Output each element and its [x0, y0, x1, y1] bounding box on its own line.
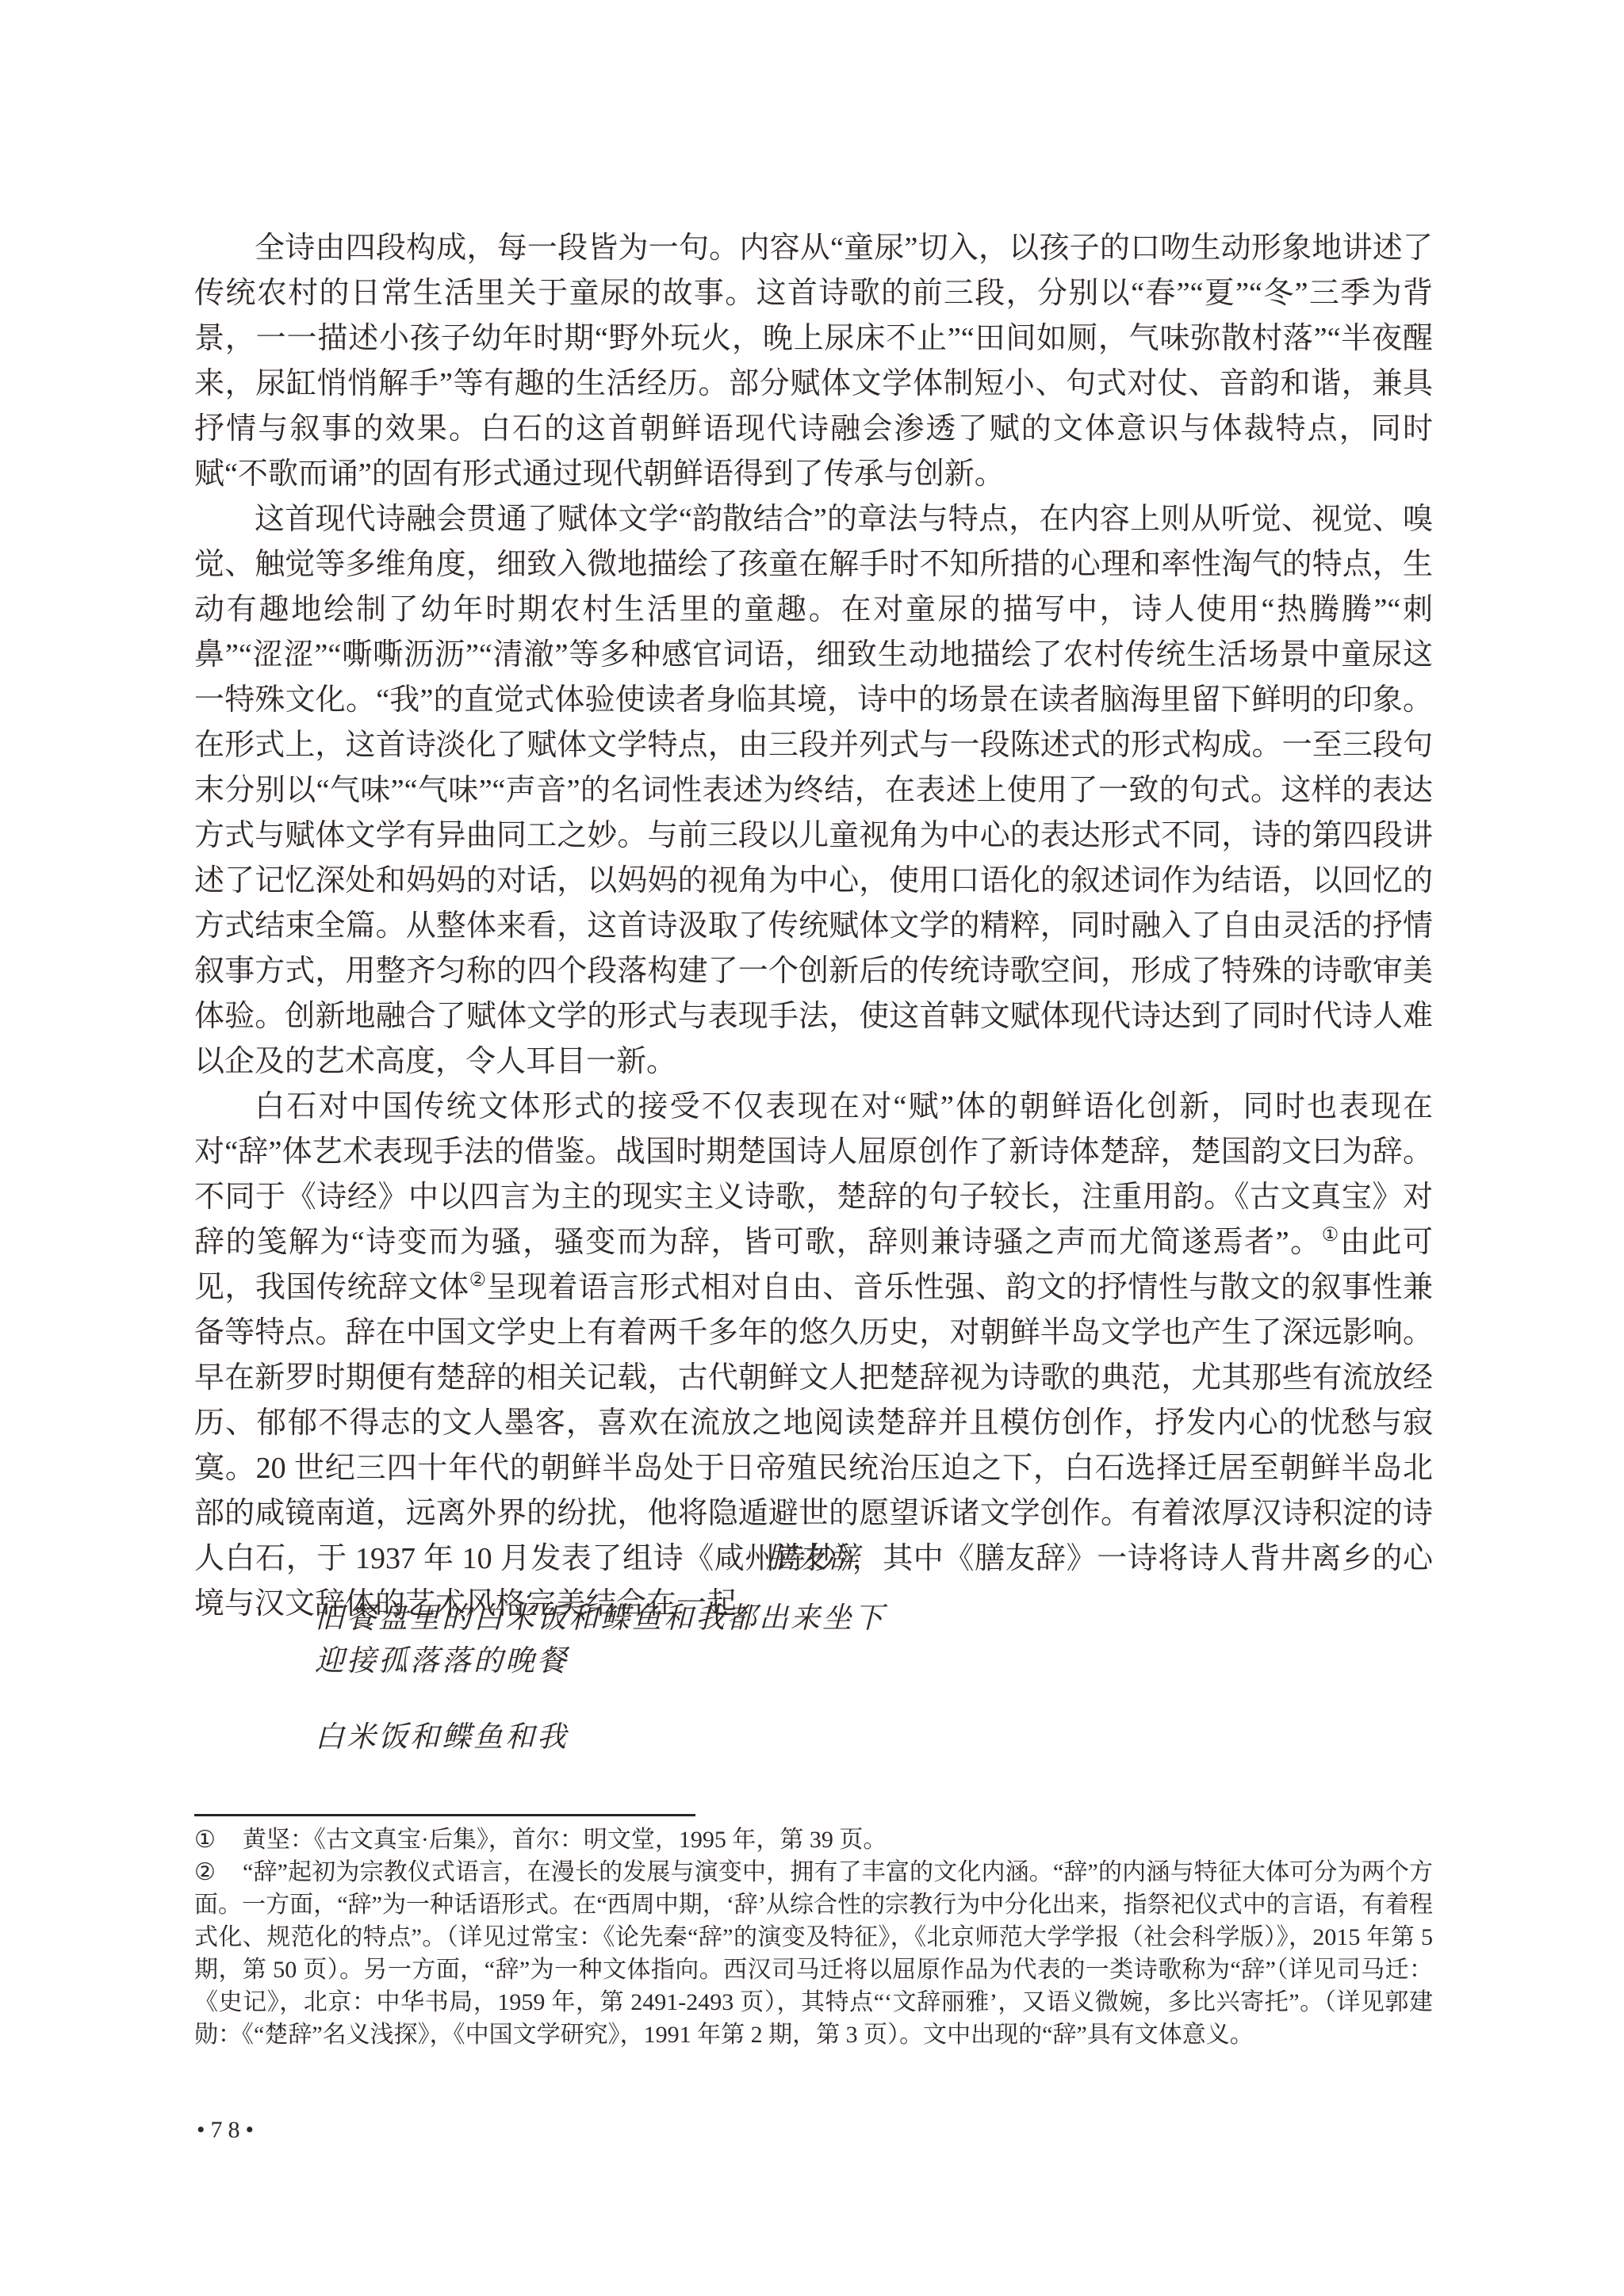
poem-line: 迎接孤落落的晚餐 [194, 1640, 1433, 1683]
footnote-ref-2: ② [469, 1270, 487, 1291]
poem-line: 白米饭和鲽鱼和我 [194, 1716, 1433, 1759]
footnote-separator-rule [194, 1814, 695, 1816]
footnotes-block: ①黄坚：《古文真宝·后集》，首尔：明文堂，1995 年，第 39 页。 ②“辞”… [194, 1823, 1433, 2051]
footnote-text: “辞”起初为宗教仪式语言，在漫长的发展与演变中，拥有了丰富的文化内涵。“辞”的内… [194, 1859, 1433, 2048]
footnote-marker: ① [194, 1827, 216, 1853]
page-number: •78• [197, 2117, 259, 2144]
poem-line: 旧餐盘里的白米饭和鲽鱼和我都出来坐下 [194, 1598, 1433, 1640]
paragraph-3-segment: 白石对中国传统文体形式的接受不仅表现在对“赋”体的朝鲜语化创新，同时也表现在对“… [194, 1090, 1433, 1259]
body-text-block: 全诗由四段构成，每一段皆为一句。内容从“童尿”切入，以孩子的口吻生动形象地讲述了… [194, 226, 1433, 1627]
footnote-marker: ② [194, 1859, 216, 1885]
paragraph-1: 全诗由四段构成，每一段皆为一句。内容从“童尿”切入，以孩子的口吻生动形象地讲述了… [194, 226, 1433, 497]
footnote-item: ②“辞”起初为宗教仪式语言，在漫长的发展与演变中，拥有了丰富的文化内涵。“辞”的… [194, 1856, 1433, 2051]
poem-block: 膳友辞 旧餐盘里的白米饭和鲽鱼和我都出来坐下 迎接孤落落的晚餐 白米饭和鲽鱼和我 [194, 1537, 1433, 1759]
paragraph-2: 这首现代诗融会贯通了赋体文学“韵散结合”的章法与特点，在内容上则从听觉、视觉、嗅… [194, 497, 1433, 1085]
journal-page: 全诗由四段构成，每一段皆为一句。内容从“童尿”切入，以孩子的口吻生动形象地讲述了… [0, 0, 1624, 2296]
footnote-text: 黄坚：《古文真宝·后集》，首尔：明文堂，1995 年，第 39 页。 [243, 1827, 887, 1853]
poem-title: 膳友辞 [194, 1537, 1433, 1580]
footnote-item: ①黄坚：《古文真宝·后集》，首尔：明文堂，1995 年，第 39 页。 [194, 1823, 1433, 1856]
footnote-ref-1: ① [1322, 1225, 1340, 1246]
